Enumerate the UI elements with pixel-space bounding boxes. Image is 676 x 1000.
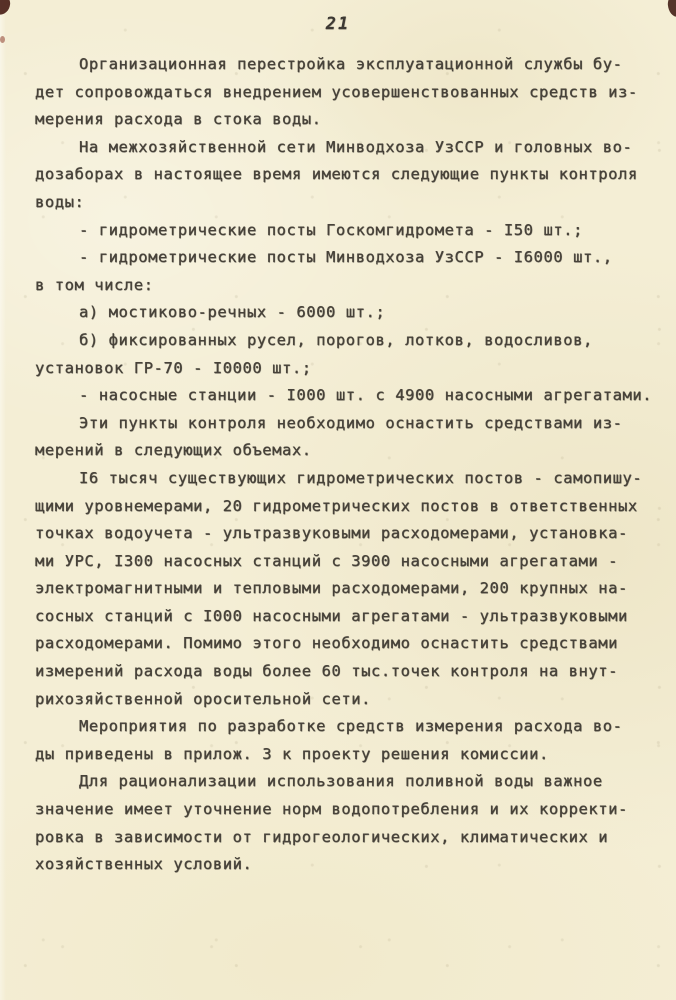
document-line: б) фиксированных русел, порогов, лотков,…: [35, 327, 656, 355]
page-number: 21: [0, 14, 676, 34]
document-line: - насосные станции - I000 шт. с 4900 нас…: [35, 382, 656, 410]
document-line: Для рационализации использования поливно…: [35, 768, 656, 796]
document-line: дет сопровождаться внедрением усовершенс…: [35, 79, 656, 107]
document-line: дозаборах в настоящее время имеются след…: [35, 161, 656, 189]
document-line: Организационная перестройка эксплуатацио…: [35, 51, 656, 79]
document-line: щими уровнемерами, 20 гидрометрических п…: [35, 493, 656, 521]
document-line: точках водоучета - ультразвуковыми расхо…: [35, 520, 656, 548]
document-line: - гидрометрические посты Минводхоза УзСС…: [35, 244, 656, 272]
scanned-page: 21 Организационная перестройка эксплуата…: [0, 0, 676, 1000]
document-line: ровка в зависимости от гидрогеологически…: [35, 824, 656, 852]
document-line: в том числе:: [35, 272, 656, 300]
document-line: а) мостиково-речных - 6000 шт.;: [35, 299, 656, 327]
document-line: хозяйственных условий.: [35, 851, 656, 879]
document-line: установок ГР-70 - I0000 шт.;: [35, 355, 656, 383]
edge-ink-speck: [0, 36, 5, 43]
document-line: рихозяйственной оросительной сети.: [35, 686, 656, 714]
document-line: измерений расхода воды более 60 тыс.точе…: [35, 658, 656, 686]
document-body: Организационная перестройка эксплуатацио…: [35, 51, 656, 879]
document-line: Эти пункты контроля необходимо оснастить…: [35, 410, 656, 438]
document-line: мерения расхода в стока воды.: [35, 106, 656, 134]
document-line: ды приведены в прилож. 3 к проекту решен…: [35, 741, 656, 769]
document-line: электромагнитными и тепловыми расходомер…: [35, 575, 656, 603]
document-line: значение имеет уточнение норм водопотреб…: [35, 796, 656, 824]
document-line: воды:: [35, 189, 656, 217]
document-line: расходомерами. Помимо этого необходимо о…: [35, 630, 656, 658]
document-line: ми УРС, I300 насосных станций с 3900 нас…: [35, 548, 656, 576]
document-line: - гидрометрические посты Госкомгидромета…: [35, 217, 656, 245]
document-line: сосных станций с I000 насосными агрегата…: [35, 603, 656, 631]
document-line: I6 тысяч существующих гидрометрических п…: [35, 465, 656, 493]
document-line: На межхозяйственной сети Минводхоза УзСС…: [35, 134, 656, 162]
document-line: Мероприятия по разработке средств измере…: [35, 713, 656, 741]
document-line: мерений в следующих объемах.: [35, 437, 656, 465]
